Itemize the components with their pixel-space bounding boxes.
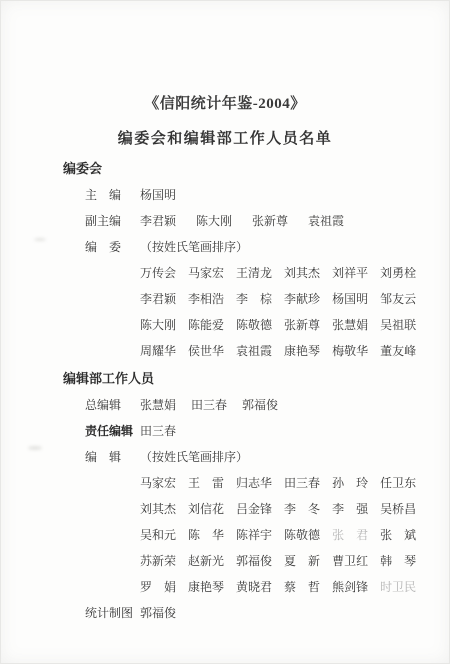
person-name: 张慧娟: [332, 319, 368, 332]
person-name: 任卫东: [380, 477, 416, 490]
person-name: 陈大刚: [140, 319, 176, 332]
person-name: 李 强: [332, 503, 368, 516]
person-name: 杨国明: [332, 293, 368, 306]
person-name: 张 斌: [380, 529, 416, 542]
person-name: 袁祖霞: [308, 215, 344, 228]
person-name: 马家宏: [188, 267, 224, 280]
committee-member-row: 陈大刚 陈能爱 陈敬德 张新尊 张慧娟 吴祖联: [140, 319, 450, 332]
document-subtitle: 编委会和编辑部工作人员名单: [0, 130, 450, 148]
person-name: 周耀华: [140, 345, 176, 358]
sort-order-note: （按姓氏笔画排序）: [140, 451, 248, 464]
person-name: 邹友云: [380, 293, 416, 306]
responsible-editor-label: 责任编辑: [85, 425, 140, 438]
person-name: 吴和元: [140, 529, 176, 542]
scan-artifact: [34, 238, 46, 241]
person-name: 李 冬: [284, 503, 320, 516]
person-name: 曹卫红: [332, 555, 368, 568]
scanned-document-page: 《信阳统计年鉴-2004》 编委会和编辑部工作人员名单 编委会 主 编 杨国明 …: [0, 0, 450, 664]
person-name: 归志华: [236, 477, 272, 490]
person-name: 郭福俊: [140, 607, 176, 620]
person-name: 刘其杰: [284, 267, 320, 280]
person-name: 吴祖联: [380, 319, 416, 332]
person-name: 熊剑锋: [332, 581, 368, 594]
sort-order-note: （按姓氏笔画排序）: [140, 241, 248, 254]
person-name: 侯世华: [188, 345, 224, 358]
person-name-faded: 张 君: [332, 529, 368, 542]
committee-member-row: 李君颖 李相浩 李 棕 李献珍 杨国明 邹友云: [140, 293, 450, 306]
chief-editor-name: 杨国明: [140, 189, 176, 202]
person-name: 康艳琴: [188, 581, 224, 594]
person-name: 王清龙: [236, 267, 272, 280]
person-name: 刘勇栓: [380, 267, 416, 280]
editor-name-row: 刘其杰 刘信花 吕金锋 李 冬 李 强 吴桥昌: [140, 503, 450, 516]
person-name: 陈 华: [188, 529, 224, 542]
person-name: 董友峰: [380, 345, 416, 358]
person-name: 郭福俊: [242, 399, 278, 412]
general-editors-names: 张慧娟 田三春 郭福俊: [140, 399, 278, 412]
general-editors-label: 总编辑: [85, 399, 140, 412]
chart-maker-row: 统计制图 郭福俊: [85, 607, 450, 620]
person-name: 李君颖: [140, 293, 176, 306]
committee-member-row: 周耀华 侯世华 袁祖霞 康艳琴 梅敬华 董友峰: [140, 345, 450, 358]
person-name: 郭福俊: [236, 555, 272, 568]
person-name: 李相浩: [188, 293, 224, 306]
person-name: 黄晓君: [236, 581, 272, 594]
editor-name-row: 吴和元 陈 华 陈祥宇 陈敬德 张 君 张 斌: [140, 529, 450, 542]
person-name: 梅敬华: [332, 345, 368, 358]
person-name: 陈能爱: [188, 319, 224, 332]
person-name: 吴桥昌: [380, 503, 416, 516]
person-name: 陈大刚: [196, 215, 232, 228]
person-name: 马家宏: [140, 477, 176, 490]
person-name-faded: 时卫民: [380, 581, 416, 594]
editor-name-row: 苏新荣 赵新光 郭福俊 夏 新 曹卫红 韩 琴: [140, 555, 450, 568]
person-name: 蔡 哲: [284, 581, 320, 594]
person-name: 康艳琴: [284, 345, 320, 358]
person-name: 田三春: [140, 425, 176, 438]
person-name: 张新尊: [284, 319, 320, 332]
chart-maker-label: 统计制图: [85, 607, 140, 620]
person-name: 刘祥平: [332, 267, 368, 280]
person-name: 苏新荣: [140, 555, 176, 568]
deputy-editors-names: 李君颖 陈大刚 张新尊 袁祖霞: [140, 215, 344, 228]
person-name: 孙 玲: [332, 477, 368, 490]
chief-editor-row: 主 编 杨国明: [85, 189, 450, 202]
person-name: 韩 琴: [380, 555, 416, 568]
editorial-dept-section-header: 编辑部工作人员: [63, 372, 450, 386]
person-name: 罗 娟: [140, 581, 176, 594]
person-name: 万传会: [140, 267, 176, 280]
person-name: 李君颖: [140, 215, 176, 228]
editors-row: 编 辑 （按姓氏笔画排序）: [85, 451, 450, 464]
person-name: 袁祖霞: [236, 345, 272, 358]
person-name: 陈敬德: [284, 529, 320, 542]
committee-members-row: 编 委 （按姓氏笔画排序）: [85, 241, 450, 254]
editor-name-row: 马家宏 王 雷 归志华 田三春 孙 玲 任卫东: [140, 477, 450, 490]
person-name: 刘其杰: [140, 503, 176, 516]
scan-artifact: [28, 446, 42, 450]
person-name: 张慧娟: [140, 399, 176, 412]
person-name: 王 雷: [188, 477, 224, 490]
committee-section-header: 编委会: [63, 162, 450, 176]
person-name: 李献珍: [284, 293, 320, 306]
person-name: 陈敬德: [236, 319, 272, 332]
responsible-editor-row: 责任编辑 田三春: [85, 425, 450, 438]
deputy-editors-row: 副主编 李君颖 陈大刚 张新尊 袁祖霞: [85, 215, 450, 228]
person-name: 张新尊: [252, 215, 288, 228]
editor-name-row: 罗 娟 康艳琴 黄晓君 蔡 哲 熊剑锋 时卫民: [140, 581, 450, 594]
person-name: 田三春: [284, 477, 320, 490]
committee-members-label: 编 委: [85, 241, 140, 254]
person-name: 李 棕: [236, 293, 272, 306]
general-editors-row: 总编辑 张慧娟 田三春 郭福俊: [85, 399, 450, 412]
chief-editor-label: 主 编: [85, 189, 140, 202]
person-name: 陈祥宇: [236, 529, 272, 542]
person-name: 赵新光: [188, 555, 224, 568]
person-name: 刘信花: [188, 503, 224, 516]
person-name: 吕金锋: [236, 503, 272, 516]
document-title: 《信阳统计年鉴-2004》: [0, 0, 450, 113]
deputy-editors-label: 副主编: [85, 215, 140, 228]
editors-label: 编 辑: [85, 451, 140, 464]
person-name: 田三春: [191, 399, 227, 412]
committee-member-row: 万传会 马家宏 王清龙 刘其杰 刘祥平 刘勇栓: [140, 267, 450, 280]
person-name: 夏 新: [284, 555, 320, 568]
